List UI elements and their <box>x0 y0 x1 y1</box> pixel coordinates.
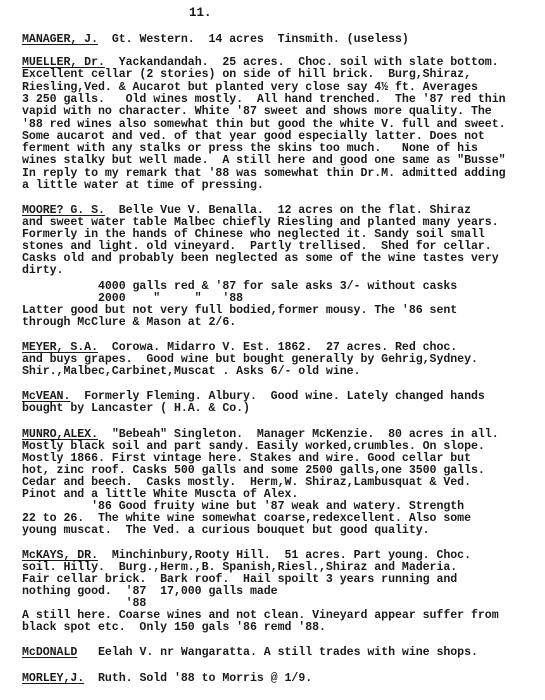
text-line: bought by Lancaster ( H.A. & Co.) <box>22 403 250 415</box>
entry-name: MANAGER, J. <box>22 33 98 46</box>
entry-name: McDONALD <box>22 646 77 659</box>
text-line: vapid with no character. White '87 sweet… <box>22 106 492 118</box>
text-line: young muscat. The Ved. a curious bouquet… <box>22 525 430 537</box>
text-line: Excellent cellar (2 stories) on side of … <box>22 69 471 81</box>
page-number: 11. <box>189 6 212 20</box>
text-line: through McClure & Mason at 2/6. <box>22 317 236 329</box>
entry-morley: MORLEY,J. Ruth. Sold '88 to Morris @ 1/9… <box>22 673 312 685</box>
text-line: Casks old and probably been neglected as… <box>22 253 499 265</box>
typewritten-page: 11. MANAGER, J. Gt. Western. 14 acres Ti… <box>0 0 545 700</box>
entry-manager: MANAGER, J. Gt. Western. 14 acres Tinsmi… <box>22 34 409 46</box>
text-line: a little water at time of pressing. <box>22 180 264 192</box>
text-line: dirty. <box>22 265 63 277</box>
text-line: Shir.,Malbec,Carbinet,Muscat . Asks 6/- … <box>22 366 360 378</box>
entry-name: MORLEY,J. <box>22 672 84 685</box>
entry-mcdonald: McDONALD Eelah V. nr Wangaratta. A still… <box>22 647 478 659</box>
text-line: black spot etc. Only 150 gals '86 remd '… <box>22 622 326 634</box>
text-line: wines stalky but well made. A still here… <box>22 155 506 167</box>
